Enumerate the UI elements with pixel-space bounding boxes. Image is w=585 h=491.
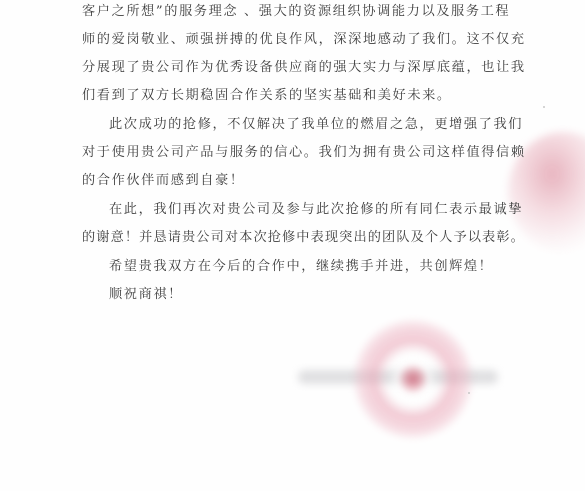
body-line-5: 此次成功的抢修，不仅解决了我单位的燃眉之急，更增强了我们 (109, 115, 523, 135)
body-line-6: 对于使用贵公司产品与服务的信心。我们为拥有贵公司这样值得信赖 (82, 143, 526, 163)
closing-salutation: 顺祝商祺！ (109, 285, 183, 305)
scan-speck (468, 392, 470, 394)
body-line-4: 们看到了双方长期稳固合作关系的坚实基础和美好未来。 (82, 86, 452, 106)
body-line-1: 客户之所想”的服务理念 、强大的资源组织协调能力以及服务工程 (82, 2, 510, 22)
body-line-8: 在此，我们再次对贵公司及参与此次抢修的所有同仁表示最诚挚 (109, 200, 523, 220)
scan-speck (543, 106, 545, 108)
red-company-seal (352, 318, 474, 440)
body-line-2: 师的爱岗敬业、顽强拼搏的优良作风，深深地感动了我们。这不仅充 (82, 30, 526, 50)
scanned-letter-page: 客户之所想”的服务理念 、强大的资源组织协调能力以及服务工程 师的爱岗敬业、顽强… (0, 0, 585, 491)
body-line-9: 的谢意！并恳请贵公司对本次抢修中表现突出的团队及个人予以表彰。 (82, 228, 525, 248)
body-line-3: 分展现了贵公司作为优秀设备供应商的强大实力与深厚底蕴，也让我 (82, 58, 526, 78)
body-line-10: 希望贵我双方在今后的合作中，继续携手并进，共创辉煌！ (109, 257, 493, 277)
body-line-7: 的合作伙伴而感到自豪！ (82, 171, 245, 191)
